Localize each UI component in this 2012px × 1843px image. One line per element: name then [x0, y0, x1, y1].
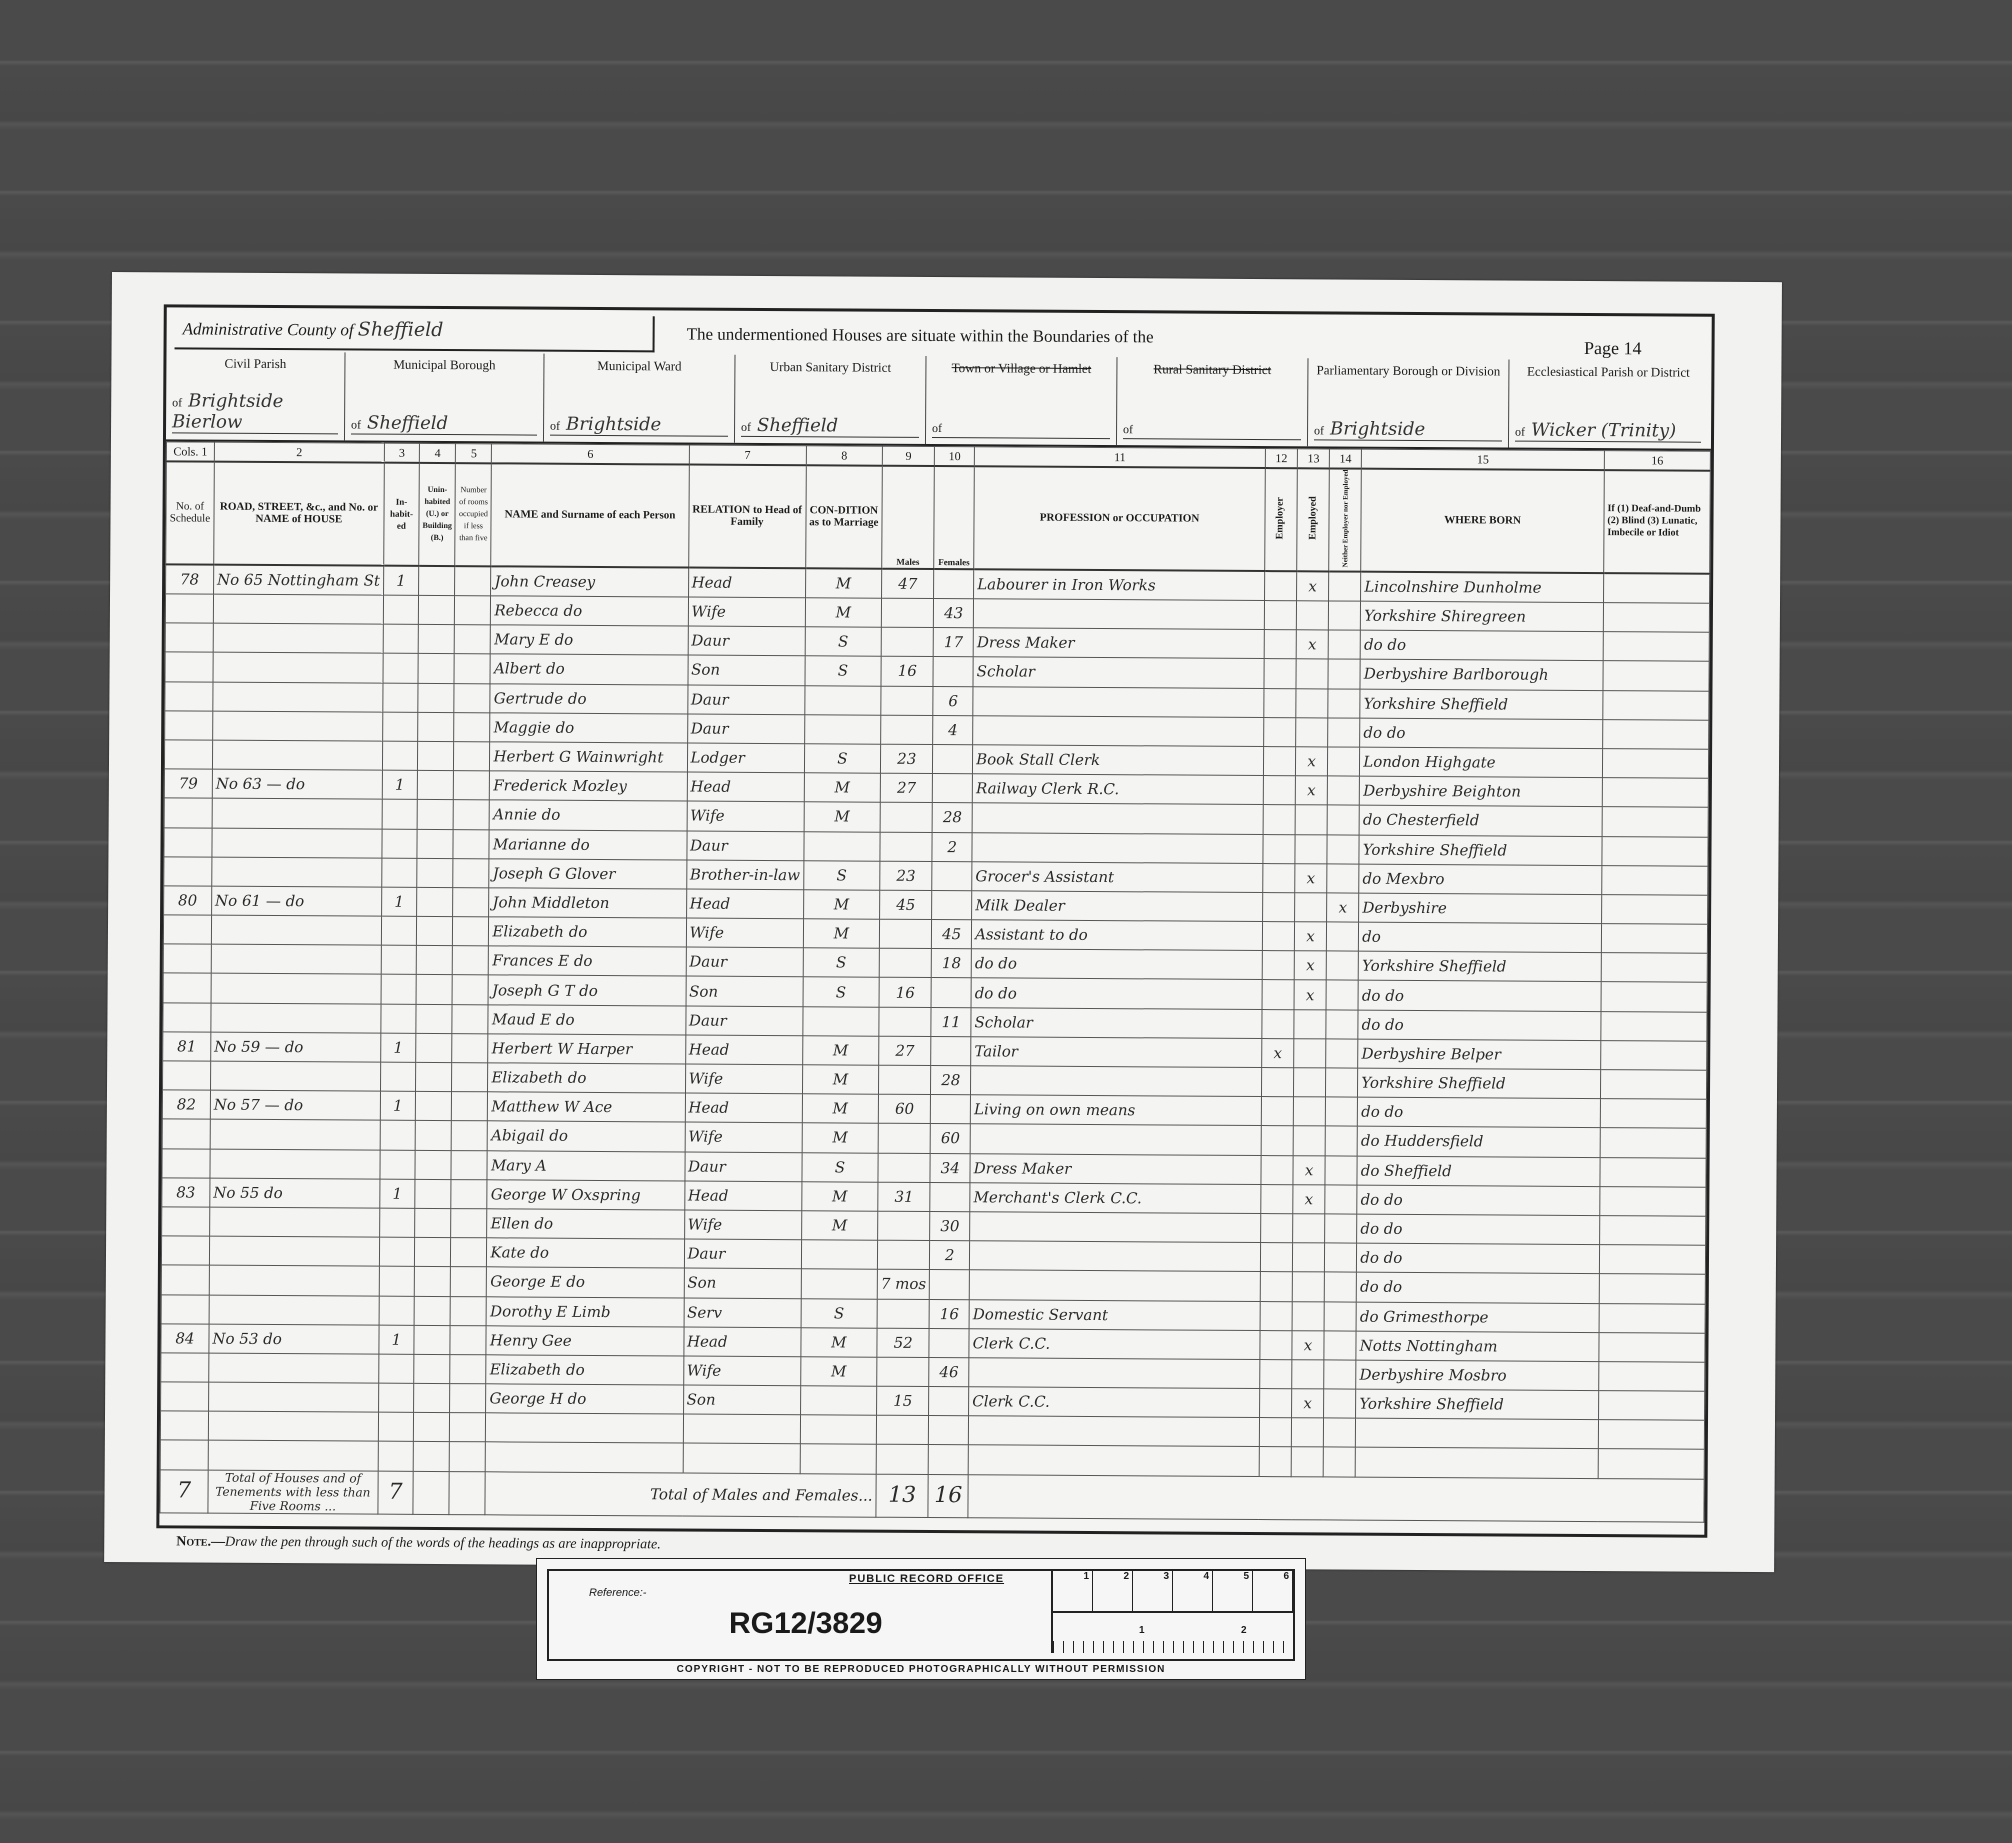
inhabited-cell: [382, 799, 417, 828]
employer-cell: [1260, 1359, 1292, 1388]
name-cell: Elizabeth do: [486, 1355, 683, 1385]
field-town-village-hamlet: Town or Village or Hamlet of: [926, 356, 1118, 445]
road-cell: [208, 1441, 378, 1471]
road-cell: [212, 740, 382, 770]
age-female-cell: 34: [930, 1153, 970, 1182]
schedule-cell: 82: [162, 1090, 210, 1119]
reference-label: Reference:-: [589, 1587, 646, 1599]
name-cell: George E do: [487, 1267, 684, 1297]
relation-cell: Wife: [687, 801, 804, 831]
uninhabited-cell: [416, 1062, 453, 1091]
public-record-office-label: PUBLIC RECORD OFFICE: [849, 1573, 1004, 1585]
road-cell: [211, 974, 381, 1004]
age-male-cell: [876, 1445, 928, 1475]
schedule-cell: [164, 798, 212, 827]
where-born-cell: Yorkshire Sheffield: [1360, 689, 1603, 720]
road-cell: No 55 do: [210, 1178, 380, 1208]
occupation-cell: Book Stall Clerk: [973, 745, 1264, 776]
employed-cell: [1296, 659, 1328, 688]
employed-cell: x: [1293, 1155, 1325, 1184]
occupation-cell: Labourer in Iron Works: [974, 569, 1265, 600]
age-male-cell: 15: [877, 1386, 929, 1416]
where-born-cell: Derbyshire Belper: [1358, 1039, 1601, 1070]
age-female-cell: 30: [930, 1211, 970, 1240]
uninhabited-cell: [413, 1413, 450, 1442]
condition-cell: S: [804, 744, 881, 774]
schedule-cell: [163, 944, 211, 973]
inhabited-cell: 1: [379, 1325, 414, 1354]
total-males: 13: [876, 1474, 929, 1517]
condition-cell: S: [803, 860, 880, 890]
name-cell: Annie do: [490, 800, 687, 830]
relation-cell: Serv: [684, 1298, 801, 1328]
employer-cell: [1263, 834, 1295, 863]
condition-cell: M: [802, 1094, 879, 1124]
rooms-cell: [450, 1442, 486, 1471]
road-cell: No 61 — do: [211, 886, 381, 916]
condition-cell: M: [802, 1123, 879, 1153]
uninhabited-cell: [416, 916, 453, 945]
employed-cell: x: [1297, 571, 1329, 601]
occupation-cell: [970, 1212, 1261, 1243]
rooms-cell: [450, 1384, 486, 1413]
neither-cell: [1326, 1068, 1358, 1097]
infirmity-cell: [1601, 894, 1707, 924]
inhabited-cell: [380, 1062, 415, 1091]
col-infirmity: If (1) Deaf-and-Dumb (2) Blind (3) Lunat…: [1604, 470, 1711, 573]
employed-cell: [1294, 1039, 1326, 1068]
uninhabited-cell: [416, 946, 453, 975]
employer-cell: [1261, 1155, 1293, 1184]
uninhabited-cell: [417, 800, 454, 829]
rooms-cell: [453, 858, 489, 887]
neither-cell: [1324, 1389, 1356, 1418]
occupation-cell: Domestic Servant: [969, 1299, 1260, 1330]
uninhabited-cell: [414, 1354, 451, 1383]
relation-cell: Wife: [683, 1356, 800, 1386]
district-header-row: Civil Parish ofBrightside Bierlow Munici…: [166, 351, 1712, 450]
age-female-cell: [931, 1036, 971, 1065]
schedule-cell: [160, 1411, 208, 1440]
age-male-cell: 27: [879, 1036, 931, 1066]
schedule-cell: [165, 594, 213, 623]
name-cell: Frederick Mozley: [490, 771, 687, 801]
col-road: ROAD, STREET, &c., and No. or NAME of HO…: [214, 462, 385, 566]
employer-cell: [1264, 688, 1296, 717]
infirmity-cell: [1600, 1186, 1706, 1216]
inhabited-cell: 1: [383, 565, 418, 595]
employed-cell: x: [1294, 922, 1326, 951]
occupation-cell: [972, 832, 1263, 863]
infirmity-cell: [1603, 661, 1709, 691]
age-female-cell: [930, 1270, 970, 1299]
where-born-cell: do do: [1360, 630, 1603, 661]
where-born-cell: do Sheffield: [1357, 1156, 1600, 1187]
infirmity-cell: [1600, 1128, 1706, 1158]
road-cell: [211, 944, 381, 974]
condition-cell: M: [805, 568, 882, 598]
road-cell: [213, 711, 383, 741]
neither-cell: [1328, 688, 1360, 717]
age-female-cell: 6: [933, 686, 973, 715]
condition-cell: S: [805, 656, 882, 686]
uninhabited-cell: [418, 683, 455, 712]
employed-cell: x: [1293, 1184, 1325, 1213]
relation-cell: Daur: [688, 626, 805, 656]
infirmity-cell: [1601, 953, 1707, 983]
age-male-cell: 31: [878, 1182, 930, 1212]
employer-cell: [1263, 746, 1295, 775]
schedule-cell: [162, 1207, 210, 1236]
infirmity-cell: [1602, 865, 1708, 895]
condition-cell: M: [804, 802, 881, 832]
census-sheet: Administrative County of Sheffield The u…: [104, 272, 1782, 1572]
inhabited-cell: [382, 858, 417, 887]
name-cell: Herbert G Wainwright: [490, 742, 687, 772]
inhabited-cell: [378, 1442, 413, 1471]
occupation-cell: Dress Maker: [973, 628, 1264, 659]
employer-cell: [1261, 1184, 1293, 1213]
road-cell: [211, 1003, 381, 1033]
employer-cell: [1264, 659, 1296, 688]
age-male-cell: [881, 627, 933, 657]
age-male-cell: [880, 803, 932, 833]
schedule-cell: [164, 857, 212, 886]
where-born-cell: Notts Nottingham: [1356, 1331, 1599, 1362]
occupation-cell: [971, 1066, 1262, 1097]
schedule-cell: [161, 1236, 209, 1265]
occupation-cell: Clerk C.C.: [969, 1328, 1260, 1359]
neither-cell: [1326, 1039, 1358, 1068]
condition-cell: M: [802, 1065, 879, 1095]
age-male-cell: [876, 1415, 928, 1445]
name-cell: Albert do: [490, 654, 687, 684]
field-ecclesiastical-parish: Ecclesiastical Parish or District ofWick…: [1509, 360, 1708, 449]
age-female-cell: 18: [932, 949, 972, 978]
infirmity-cell: [1601, 1040, 1707, 1070]
inhabited-cell: [380, 1121, 415, 1150]
uninhabited-cell: [419, 566, 456, 596]
inhabited-cell: [378, 1412, 413, 1441]
road-cell: No 59 — do: [211, 1032, 381, 1062]
relation-cell: Head: [685, 1035, 802, 1065]
rooms-cell: [450, 1325, 486, 1354]
rooms-cell: [452, 1004, 488, 1033]
road-cell: [210, 1119, 380, 1149]
rooms-cell: [454, 742, 490, 771]
condition-cell: [800, 1386, 877, 1416]
where-born-cell: do Chesterfield: [1359, 805, 1602, 836]
relation-cell: Wife: [685, 1064, 802, 1094]
road-cell: [209, 1353, 379, 1383]
name-cell: Mary E do: [491, 625, 688, 655]
age-female-cell: [932, 861, 972, 890]
neither-cell: [1327, 805, 1359, 834]
inhabited-cell: [379, 1208, 414, 1237]
name-cell: George W Oxspring: [487, 1180, 684, 1210]
occupation-cell: [969, 1270, 1260, 1301]
occupation-cell: Merchant's Clerk C.C.: [970, 1183, 1261, 1214]
uninhabited-cell: [415, 1208, 452, 1237]
employed-cell: [1291, 1447, 1323, 1476]
relation-cell: Daur: [684, 1152, 801, 1182]
where-born-cell: Lincolnshire Dunholme: [1361, 571, 1604, 602]
field-urban-sanitary-district: Urban Sanitary District ofSheffield: [735, 355, 927, 444]
employer-cell: [1260, 1301, 1292, 1330]
employed-cell: [1293, 1214, 1325, 1243]
rooms-cell: [454, 654, 490, 683]
infirmity-cell: [1601, 982, 1707, 1012]
age-female-cell: [931, 978, 971, 1007]
schedule-cell: 84: [161, 1324, 209, 1353]
relation-cell: Head: [684, 1181, 801, 1211]
field-parliamentary-division: Parliamentary Borough or Division ofBrig…: [1308, 358, 1510, 447]
inhabited-cell: [379, 1266, 414, 1295]
uninhabited-cell: [414, 1383, 451, 1412]
road-cell: [213, 652, 383, 682]
age-male-cell: 16: [881, 657, 933, 687]
name-cell: Joseph G Glover: [489, 859, 686, 889]
admin-county-label: Administrative County of: [183, 319, 354, 339]
age-male-cell: 23: [880, 861, 932, 891]
col-uninhabited: Unin-habited (U.) or Building (B.): [419, 463, 456, 566]
employed-cell: [1295, 834, 1327, 863]
condition-cell: M: [803, 890, 880, 920]
neither-cell: x: [1327, 893, 1359, 922]
infirmity-cell: [1599, 1216, 1705, 1246]
inhabited-cell: [382, 712, 417, 741]
neither-cell: [1324, 1360, 1356, 1389]
road-cell: [208, 1411, 378, 1441]
where-born-cell: Yorkshire Sheffield: [1359, 835, 1602, 866]
inhabited-cell: [383, 683, 418, 712]
age-male-cell: 52: [877, 1328, 929, 1358]
uninhabited-cell: [416, 975, 453, 1004]
age-male-cell: [878, 1153, 930, 1183]
schedule-cell: [163, 1002, 211, 1031]
neither-cell: [1329, 571, 1361, 601]
employer-cell: [1261, 1068, 1293, 1097]
age-male-cell: 27: [880, 773, 932, 803]
rooms-cell: [450, 1413, 486, 1442]
inhabited-cell: 1: [381, 1033, 416, 1062]
neither-cell: [1326, 1010, 1358, 1039]
employer-cell: [1264, 630, 1296, 659]
relation-cell: Daur: [686, 831, 803, 861]
employer-cell: [1260, 1243, 1292, 1272]
employed-cell: [1293, 1097, 1325, 1126]
where-born-cell: do do: [1358, 981, 1601, 1012]
employer-cell: [1263, 863, 1295, 892]
relation-cell: [683, 1443, 800, 1473]
relation-cell: Son: [688, 655, 805, 685]
rooms-cell: [451, 1179, 487, 1208]
uninhabited-cell: [415, 1179, 452, 1208]
name-cell: Frances E do: [489, 946, 686, 976]
employed-cell: [1296, 717, 1328, 746]
infirmity-cell: [1603, 690, 1709, 720]
where-born-cell: do do: [1358, 1010, 1601, 1041]
where-born-cell: Derbyshire Mosbro: [1356, 1360, 1599, 1391]
infirmity-cell: [1602, 749, 1708, 779]
condition-cell: M: [801, 1211, 878, 1241]
occupation-cell: [972, 803, 1263, 834]
relation-cell: Son: [683, 1385, 800, 1415]
employer-cell: [1261, 1097, 1293, 1126]
rooms-cell: [451, 1296, 487, 1325]
inhabited-cell: 1: [381, 887, 416, 916]
occupation-cell: Milk Dealer: [972, 891, 1263, 922]
relation-cell: Brother-in-law: [686, 860, 803, 890]
age-male-cell: [879, 1007, 931, 1037]
condition-cell: [804, 831, 881, 861]
inhabited-cell: [381, 975, 416, 1004]
age-female-cell: [933, 744, 973, 773]
where-born-cell: do do: [1357, 1185, 1600, 1216]
name-cell: Rebecca do: [491, 596, 688, 626]
schedule-cell: [161, 1353, 209, 1382]
total-houses-label: Total of Houses and of Tenements with le…: [208, 1470, 378, 1514]
road-cell: [213, 623, 383, 653]
where-born-cell: do: [1359, 922, 1602, 953]
census-table: Cols. 1 2 3 4 5 6 7 8 9 10 11 12 13 14 1…: [159, 441, 1711, 1522]
name-cell: Herbert W Harper: [488, 1034, 685, 1064]
condition-cell: M: [805, 598, 882, 628]
inhabited-cell: 1: [380, 1091, 415, 1120]
field-rural-sanitary-district: Rural Sanitary District of: [1117, 357, 1309, 446]
page-number: Page 14: [1584, 338, 1642, 359]
occupation-cell: [968, 1416, 1259, 1447]
employed-cell: x: [1295, 776, 1327, 805]
schedule-cell: 81: [163, 1032, 211, 1061]
relation-cell: Head: [688, 567, 805, 597]
occupation-cell: Dress Maker: [970, 1153, 1261, 1184]
age-female-cell: [932, 890, 972, 919]
employed-cell: x: [1294, 980, 1326, 1009]
name-cell: John Creasey: [491, 566, 688, 597]
name-cell: Abigail do: [488, 1121, 685, 1151]
rooms-cell: [451, 1238, 487, 1267]
census-form: Administrative County of Sheffield The u…: [156, 304, 1714, 1537]
neither-cell: [1326, 951, 1358, 980]
age-male-cell: [877, 1357, 929, 1387]
inhabited-cell: [379, 1296, 414, 1325]
age-female-cell: [930, 1182, 970, 1211]
name-cell: Matthew W Ace: [488, 1092, 685, 1122]
boundaries-banner: The undermentioned Houses are situate wi…: [687, 325, 1154, 348]
occupation-cell: Tailor: [971, 1037, 1262, 1068]
age-female-cell: [934, 569, 974, 599]
neither-cell: [1328, 747, 1360, 776]
age-male-cell: [878, 1124, 930, 1154]
occupation-cell: Scholar: [973, 657, 1264, 688]
condition-cell: [801, 1240, 878, 1270]
uninhabited-cell: [414, 1296, 451, 1325]
uninhabited-cell: [418, 595, 455, 624]
employed-cell: x: [1292, 1389, 1324, 1418]
infirmity-cell: [1598, 1391, 1704, 1421]
relation-cell: Lodger: [687, 743, 804, 773]
totals-row: 7 Total of Houses and of Tenements with …: [160, 1469, 1704, 1521]
age-female-cell: 60: [930, 1124, 970, 1153]
name-cell: Gertrude do: [490, 683, 687, 713]
road-cell: [210, 1061, 380, 1091]
where-born-cell: [1356, 1418, 1599, 1449]
age-male-cell: [880, 832, 932, 862]
employer-cell: [1262, 922, 1294, 951]
rooms-cell: [453, 887, 489, 916]
inhabited-cell: 1: [380, 1179, 415, 1208]
schedule-cell: 80: [164, 886, 212, 915]
condition-cell: M: [801, 1327, 878, 1357]
employer-cell: [1259, 1389, 1291, 1418]
col-neither: Neither Employer nor Employed: [1329, 468, 1362, 571]
inhabited-cell: [383, 624, 418, 653]
condition-cell: [801, 1269, 878, 1299]
where-born-cell: do do: [1358, 1097, 1601, 1128]
age-male-cell: [881, 686, 933, 716]
relation-cell: Head: [686, 889, 803, 919]
col-rooms: Number of rooms occupied if less than fi…: [455, 463, 492, 566]
neither-cell: [1328, 601, 1360, 630]
road-cell: No 65 Nottingham St: [213, 564, 383, 595]
condition-cell: S: [805, 627, 882, 657]
schedule-cell: [165, 711, 213, 740]
age-male-cell: [877, 1299, 929, 1329]
name-cell: George H do: [486, 1384, 683, 1414]
relation-cell: [683, 1414, 800, 1444]
age-female-cell: 16: [929, 1299, 969, 1328]
age-male-cell: 47: [882, 569, 934, 599]
occupation-cell: [973, 716, 1264, 747]
age-female-cell: [929, 1445, 969, 1474]
where-born-cell: Yorkshire Sheffield: [1358, 951, 1601, 982]
occupation-cell: [970, 1241, 1261, 1272]
admin-county-value: Sheffield: [358, 319, 444, 342]
schedule-cell: [161, 1294, 209, 1323]
neither-cell: [1327, 776, 1359, 805]
where-born-cell: do do: [1356, 1272, 1599, 1303]
occupation-cell: Clerk C.C.: [969, 1387, 1260, 1418]
where-born-cell: Derbyshire Beighton: [1360, 776, 1603, 807]
schedule-cell: [163, 973, 211, 1002]
infirmity-cell: [1599, 1303, 1705, 1333]
age-female-cell: [929, 1387, 969, 1416]
where-born-cell: Yorkshire Shiregreen: [1361, 601, 1604, 632]
ruler-scale: 1 2 3 4 5 6 1 2: [1051, 1571, 1293, 1653]
rooms-cell: [455, 625, 491, 654]
relation-cell: Daur: [687, 685, 804, 715]
age-male-cell: [881, 598, 933, 628]
reference-slip: PUBLIC RECORD OFFICE Reference:- RG12/38…: [536, 1558, 1306, 1680]
copyright-notice: COPYRIGHT - NOT TO BE REPRODUCED PHOTOGR…: [549, 1664, 1293, 1675]
condition-cell: M: [802, 1036, 879, 1066]
neither-cell: [1323, 1418, 1355, 1447]
employed-cell: [1295, 805, 1327, 834]
infirmity-cell: [1602, 807, 1708, 837]
age-female-cell: 46: [929, 1357, 969, 1386]
col-age-males: Males: [882, 466, 935, 569]
employed-cell: [1294, 1068, 1326, 1097]
occupation-cell: [973, 599, 1264, 630]
uninhabited-cell: [416, 1033, 453, 1062]
where-born-cell: do Mexbro: [1359, 864, 1602, 895]
condition-cell: S: [801, 1298, 878, 1328]
name-cell: [486, 1442, 683, 1472]
occupation-cell: Grocer's Assistant: [972, 861, 1263, 892]
road-cell: [208, 1382, 378, 1412]
neither-cell: [1328, 659, 1360, 688]
